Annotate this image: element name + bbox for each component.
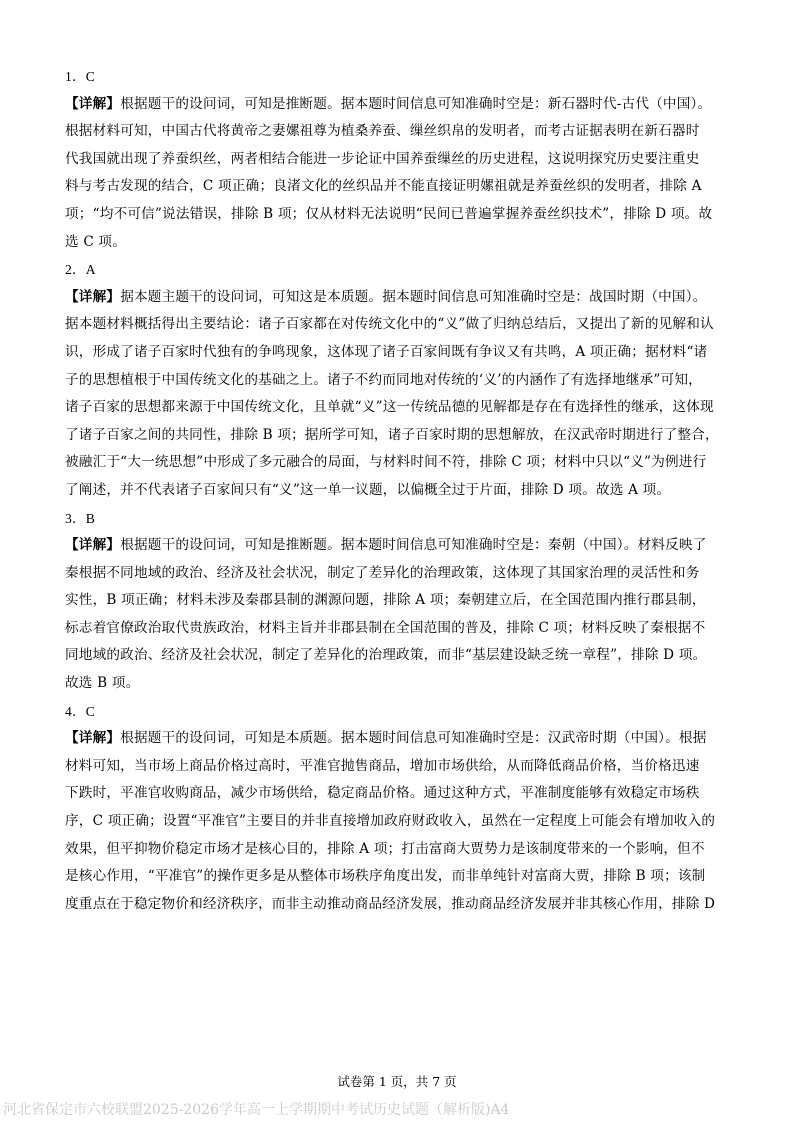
explanation-line: 同地域的政治、经济及社会状况，制定了差异化的治理政策，而非“基层建设缺乏统一章程… — [65, 642, 735, 670]
explanation-line: 根据材料可知，中国古代将黄帝之妻嫘祖尊为植桑养蚕、缫丝织帛的发明者，而考古证据表… — [65, 118, 735, 146]
answer-1: 1．C 【详解】根据题干的设问词，可知是推断题。据本题时间信息可知准确时空是：新… — [65, 63, 735, 256]
explanation-line: 【详解】根据题干的设问词，可知是本质题。据本题时间信息可知准确时空是：汉武帝时期… — [65, 725, 735, 753]
explanation-line: 【详解】据本题主题干的设问词，可知这是本质题。据本题时间信息可知准确时空是：战国… — [65, 284, 735, 312]
explanation-line: 项；“均不可信”说法错误，排除 B 项；仅从材料无法说明“民间已普遍掌握养蚕丝织… — [65, 201, 735, 229]
answer-number: 3．B — [65, 505, 735, 533]
explanation-line: 了阐述，并不代表诸子百家间只有“义”这一单一议题，以偏概全过于片面，排除 D 项… — [65, 477, 735, 505]
explanation-tag: 【详解】 — [65, 289, 120, 305]
answer-number: 4．C — [65, 698, 735, 726]
explanation-line: 被融汇于“大一统思想”中形成了多元融合的局面，与材料时间不符，排除 C 项；材料… — [65, 449, 735, 477]
explanation-line: 【详解】根据题干的设问词，可知是推断题。据本题时间信息可知准确时空是：秦朝（中国… — [65, 532, 735, 560]
explanation-text: 根据题干的设问词，可知是本质题。据本题时间信息可知准确时空是：汉武帝时期（中国）… — [120, 730, 706, 746]
explanation-line: 下跌时，平准官收购商品，减少市场供给，稳定商品价格。通过这种方式，平准制度能够有… — [65, 780, 735, 808]
explanation-line: 秦根据不同地域的政治、经济及社会状况，制定了差异化的治理政策，这体现了其国家治理… — [65, 560, 735, 588]
explanation-line: 是核心作用，“平准官”的操作更多是从整体市场秩序角度出发，而非单纯针对富商大贾，… — [65, 863, 735, 891]
explanation-line: 序，C 项正确；设置“平准官”主要目的并非直接增加政府财政收入，虽然在一定程度上… — [65, 808, 735, 836]
explanation-line: 标志着官僚政治取代贵族政治，材料主旨并非郡县制在全国范围的普及，排除 C 项；材… — [65, 615, 735, 643]
answer-2: 2．A 【详解】据本题主题干的设问词，可知这是本质题。据本题时间信息可知准确时空… — [65, 256, 735, 504]
explanation-line: 材料可知，当市场上商品价格过高时，平准官抛售商品，增加市场供给，从而降低商品价格… — [65, 753, 735, 781]
explanation-line: 度重点在于稳定物价和经济秩序，而非主动推动商品经济发展，推动商品经济发展并非其核… — [65, 891, 735, 919]
explanation-text: 根据题干的设问词，可知是推断题。据本题时间信息可知准确时空是：新石器时代-古代（… — [120, 96, 711, 112]
document-body: 1．C 【详解】根据题干的设问词，可知是推断题。据本题时间信息可知准确时空是：新… — [65, 63, 735, 918]
explanation-line: 诸子百家的思想都来源于中国传统文化，且单就“义”这一传统品德的见解都是存在有选择… — [65, 394, 735, 422]
answer-4: 4．C 【详解】根据题干的设问词，可知是本质题。据本题时间信息可知准确时空是：汉… — [65, 698, 735, 919]
explanation-line: 实性，B 项正确；材料未涉及秦郡县制的渊源问题，排除 A 项；秦朝建立后，在全国… — [65, 587, 735, 615]
explanation-line: 故选 B 项。 — [65, 670, 735, 698]
explanation-line: 选 C 项。 — [65, 229, 735, 257]
explanation-line: 识，形成了诸子百家时代独有的争鸣现象，这体现了诸子百家间既有争议又有共鸣，A 项… — [65, 339, 735, 367]
answer-3: 3．B 【详解】根据题干的设问词，可知是推断题。据本题时间信息可知准确时空是：秦… — [65, 505, 735, 698]
explanation-tag: 【详解】 — [65, 730, 120, 746]
answer-number: 2．A — [65, 256, 735, 284]
explanation-line: 效果，但平抑物价稳定市场才是核心目的，排除 A 项；打击富商大贾势力是该制度带来… — [65, 836, 735, 864]
explanation-tag: 【详解】 — [65, 537, 120, 553]
explanation-line: 代我国就出现了养蚕织丝，两者相结合能进一步论证中国养蚕缫丝的历史进程，这说明探究… — [65, 146, 735, 174]
explanation-line: 子的思想植根于中国传统文化的基础之上。诸子不约而同地对传统的‘义’的内涵作了有选… — [65, 367, 735, 395]
page-footer: 试卷第 1 页，共 7 页 — [0, 1072, 794, 1092]
explanation-line: 【详解】根据题干的设问词，可知是推断题。据本题时间信息可知准确时空是：新石器时代… — [65, 91, 735, 119]
explanation-text: 根据题干的设问词，可知是推断题。据本题时间信息可知准确时空是：秦朝（中国）。材料… — [120, 537, 706, 553]
explanation-line: 据本题材料概括得出主要结论：诸子百家都在对传统文化中的“义”做了归纳总结后，又提… — [65, 311, 735, 339]
answer-number: 1．C — [65, 63, 735, 91]
document-watermark: 河北省保定市六校联盟2025-2026学年高一上学期期中考试历史试题（解析版)A… — [3, 1100, 509, 1120]
explanation-line: 料与考古发现的结合，C 项正确；良渚文化的丝织品并不能直接证明嫘祖就是养蚕丝织的… — [65, 173, 735, 201]
explanation-tag: 【详解】 — [65, 96, 120, 112]
explanation-text: 据本题主题干的设问词，可知这是本质题。据本题时间信息可知准确时空是：战国时期（中… — [120, 289, 706, 305]
explanation-line: 了诸子百家之间的共同性，排除 B 项；据所学可知，诸子百家时期的思想解放，在汉武… — [65, 422, 735, 450]
